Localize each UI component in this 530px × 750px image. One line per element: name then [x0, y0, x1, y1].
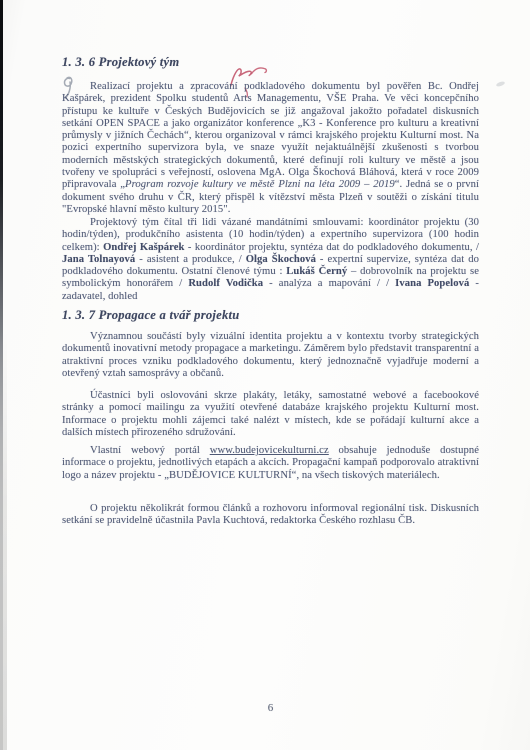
paragraph-webovy-portal: Vlastní webový portál www.budejovicekult… — [62, 445, 479, 482]
scan-smudge — [496, 81, 506, 88]
section-heading-projektovy-tym: 1. 3. 6 Projektový tým — [62, 55, 479, 70]
paragraph-realizace-projektu: Realizací projektu a zpracování podklado… — [62, 81, 479, 216]
section-heading-propagace: 1. 3. 7 Propagace a tvář projektu — [62, 308, 479, 323]
paragraph-projektovy-tym-clenove: Projektový tým čítal tři lidi vázané man… — [62, 217, 479, 303]
paragraph-ucastnici: Účastníci byli oslovováni skrze plakáty,… — [62, 390, 479, 439]
scan-edge-soft-shadow — [0, 330, 7, 750]
paragraph-regionalni-tisk: O projektu několikrát formou článků a ro… — [62, 503, 479, 528]
paragraph-vizualni-identita: Významnou součástí byly vizuální identit… — [62, 331, 479, 380]
page-number: 6 — [62, 702, 479, 714]
scanned-document-page: 1. 3. 6 Projektový tým Realizací projekt… — [0, 0, 530, 750]
